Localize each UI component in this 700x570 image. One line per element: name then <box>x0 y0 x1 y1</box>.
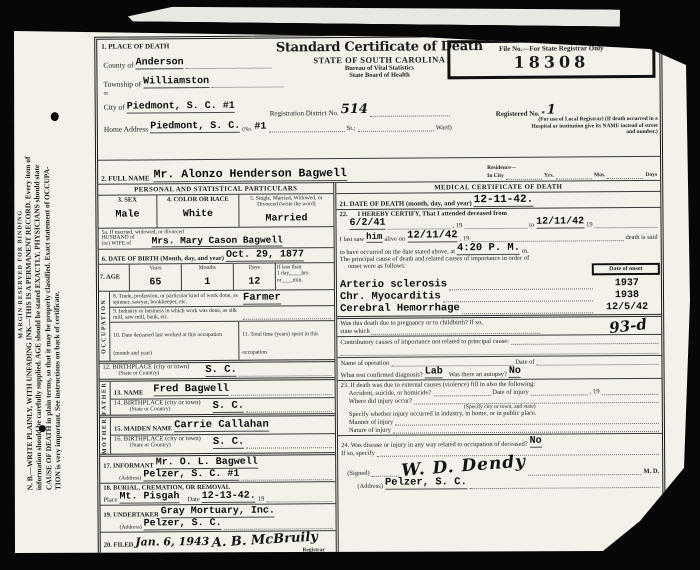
margin-note: MARGIN RESERVED FOR BINDING N. B.—WRITE … <box>16 58 62 490</box>
last-worked-label: 10. Date deceased last worked at this oc… <box>113 332 222 357</box>
m-label: m. <box>522 248 529 255</box>
dotted-line <box>391 358 513 367</box>
father-side-label: FATHER <box>102 382 108 415</box>
occupation-block: OCCUPATION 8. Trade, profession, or part… <box>99 289 334 361</box>
scan-edge-strip <box>128 4 620 26</box>
dotted-line <box>595 220 658 228</box>
father-name-value: Fred Bagwell <box>153 383 229 397</box>
dotted-line <box>266 495 332 503</box>
dotted-line <box>370 108 450 117</box>
medical-column: 21. DATE OF DEATH (month, day, and year)… <box>336 191 663 555</box>
in-city-label: In City <box>487 173 504 180</box>
dotted-line <box>186 61 272 70</box>
informant-row: 17. INFORMANT Mr. O. L. Bagwell (Address… <box>100 453 335 484</box>
contributory-label: Contributory causes of importance not re… <box>340 338 509 346</box>
external-causes-row: 23. If death was due to external causes … <box>338 378 662 435</box>
city-label: City of <box>104 102 125 111</box>
dotted-line <box>471 233 623 242</box>
autopsy-value: No <box>509 366 521 378</box>
year-19-label: 19 <box>586 221 593 228</box>
dotted-line <box>241 473 332 482</box>
date-of-onset-box: Date of onset <box>592 263 660 275</box>
dotted-line <box>239 368 332 377</box>
dotted-line <box>372 326 541 335</box>
dob-row: 6. DATE OF BIRTH (Month, day, and year) … <box>99 247 334 264</box>
contributory-row: Contributory causes of importance not re… <box>337 334 661 357</box>
burial-date-value: 12-13-42. <box>202 491 256 503</box>
nature-label: Nature of injury <box>349 427 391 434</box>
years-label: Years <box>131 265 180 271</box>
dotted-line <box>246 404 332 413</box>
comma-19-label: , 19 <box>452 222 462 229</box>
signed-label: (Signed) <box>347 470 369 477</box>
dotted-line <box>449 281 593 290</box>
cause-2-name: Chr. Myocarditis <box>340 290 441 303</box>
birthplace-row: 12. BIRTHPLACE (city or town) (State or … <box>99 359 334 379</box>
full-name-label: 2. FULL NAME <box>101 174 149 182</box>
margin-note-line: TION is very important. See instructions… <box>50 58 62 490</box>
informant-address-value: Pelzer, S. C. #1 <box>143 469 239 482</box>
burial-row: 18. BURIAL, CREMATION, OR REMOVAL Place … <box>100 482 335 506</box>
informant-value: Mr. O. L. Bagwell <box>156 457 258 470</box>
date-of-death-value: 12-11-42. <box>474 194 534 207</box>
undertaker-value: Gray Mortuary, Inc. <box>161 506 275 519</box>
or-label: or <box>104 92 125 98</box>
marital-value: Married <box>265 213 307 224</box>
birthplace-value: S. C. <box>205 364 237 377</box>
trade-label: 8. Trade, profession, or particular kind… <box>113 293 241 306</box>
registered-no-value: 1 <box>547 103 556 118</box>
cause-1-name: Arterio sclerosis <box>340 278 447 291</box>
local-registrar-note: (For use of Local Registrar) <box>538 116 603 122</box>
years-value: 65 <box>149 277 161 288</box>
personal-column: 3. SEX Male 4. COLOR OR RACE White 5. Si… <box>98 193 339 557</box>
industry-label: 9. Industry or business in which work wa… <box>113 308 241 321</box>
item-22-number: 22. <box>339 211 347 218</box>
dotted-line <box>506 172 542 180</box>
informant-address-label: (Address) <box>119 476 141 482</box>
mother-block: MOTHER 15. MAIDEN NAME Carrie Callahan 1… <box>100 413 335 454</box>
county-value: Anderson <box>136 57 184 69</box>
state-country-label: (State or Country) <box>114 407 201 413</box>
file-number-value: 18308 <box>454 52 648 72</box>
dotted-line <box>243 311 331 320</box>
age-row: 7. AGE Years 65 Months 1 Days 12 <box>99 262 334 291</box>
cause-3-name: Cerebral Hemorrhage <box>340 302 460 315</box>
test-value: Lab <box>425 366 443 378</box>
dotted-line <box>511 336 658 345</box>
registration-district-label: Registration District No. <box>270 109 339 117</box>
st-label: St.; <box>347 125 356 132</box>
mother-side-label: MOTHER <box>102 418 108 454</box>
total-time-label: 11. Total time (years) spent in this occ… <box>242 331 318 356</box>
father-birthplace-value: S. C. <box>213 400 245 413</box>
dotted-line <box>529 467 642 476</box>
father-name-label: 13. NAME <box>114 389 144 396</box>
city-value: Piedmont, S. C. #1 <box>127 100 235 113</box>
dob-value: Oct. 29, 1877 <box>226 249 304 262</box>
occupation-disease-value: No <box>530 436 542 448</box>
filed-date-value: Jan. 6, 1943 <box>135 535 209 549</box>
occupation-side-label: OCCUPATION <box>101 299 107 354</box>
causes-block: Date of onset Arterio sclerosis 1937 Chr… <box>337 269 661 316</box>
dotted-line <box>607 171 643 179</box>
burial-place-label: Place <box>103 497 117 504</box>
undertaker-address-value: Pelzer, S. C. <box>144 518 222 531</box>
to-label: to <box>529 222 534 229</box>
sex-label: 3. SEX <box>99 196 155 203</box>
undertaker-address-label: (Address) <box>120 525 142 531</box>
less-than-label: or____min. <box>277 277 333 284</box>
days-label: Days <box>235 265 274 271</box>
days-label: Days <box>646 172 658 179</box>
him-value: him <box>366 232 382 243</box>
dotted-line <box>536 357 658 366</box>
trade-value: Farmer <box>243 291 281 304</box>
home-address-value: Piedmont, S. C. <box>150 121 240 134</box>
autopsy-label: Was there an autopsy? <box>449 371 507 378</box>
sex-value: Male <box>115 209 139 220</box>
county-label: County of <box>103 61 133 70</box>
township-label: Township of <box>103 79 141 88</box>
cause-2-onset: 1938 <box>595 290 659 301</box>
year-19-label: 19 <box>258 496 265 503</box>
dob-label: 6. DATE OF BIRTH (Month, day, and year) <box>102 255 224 263</box>
maiden-name-label: 15. MAIDEN NAME <box>114 425 172 432</box>
race-label: 4. COLOR OR RACE <box>158 196 237 204</box>
dotted-line <box>464 221 527 229</box>
alive-on-label: alive on <box>384 236 405 243</box>
operation-label: Name of operation <box>340 360 389 367</box>
time-of-death-value: 4:20 P. M. <box>457 242 520 255</box>
cause-1-onset: 1937 <box>595 278 659 289</box>
state-country-label: (State or Country) <box>103 371 190 377</box>
occupation-disease-row: 24. Was disease or injury in any way rel… <box>338 433 662 491</box>
dotted-line <box>231 387 332 396</box>
cause-3-onset: 12/5/42 <box>595 302 659 313</box>
filed-label: 20. FILED <box>104 542 134 549</box>
where-injury-label: Where did injury occur? <box>349 398 412 405</box>
state-which-label: state which <box>340 328 369 335</box>
test-label: What test confirmed diagnosis? <box>341 372 423 380</box>
file-number-box: File No.—For State Registrar Only 18308 <box>447 39 655 79</box>
certificate-page: MARGIN RESERVED FOR BINDING N. B.—WRITE … <box>0 0 700 570</box>
certify-label: I HEREBY CERTIFY, That I attended deceas… <box>358 210 507 218</box>
age-label: 7. AGE <box>100 274 120 281</box>
certificate-content: MARGIN RESERVED FOR BINDING N. B.—WRITE … <box>12 28 692 561</box>
dotted-line <box>246 440 332 449</box>
if-so-specify-label: If so, specify <box>341 450 375 457</box>
ward-label: Ward) <box>436 124 452 131</box>
death-said-label: death is said <box>625 234 657 241</box>
days-value: 12 <box>248 277 260 288</box>
maiden-name-value: Carrie Callahan <box>174 419 269 433</box>
registration-district-value: 514 <box>341 102 368 117</box>
form-header: 1. PLACE OF DEATH County of Anderson Tow… <box>97 36 660 160</box>
dotted-line <box>556 171 592 179</box>
race-value: White <box>183 209 213 220</box>
full-name-value: Mr. Alonzo Henderson Bagwell <box>154 167 347 182</box>
father-block: FATHER 13. NAME Fred Bagwell 14. BIRTHPL… <box>100 377 335 415</box>
no-label: (No. <box>242 127 252 133</box>
attended-to-value: 12/11/42 <box>536 216 584 228</box>
attended-from-value: 6/2/41 <box>349 218 385 230</box>
physician-address-label: (Address) <box>357 483 383 490</box>
dotted-line <box>462 305 593 314</box>
mos-label: Mos. <box>594 173 606 180</box>
months-value: 1 <box>204 277 210 288</box>
burial-place-value: Mt. Pisgah <box>119 492 179 504</box>
dotted-line <box>211 79 283 88</box>
spouse-row: 5a. If married, widowed, or divorced HUS… <box>99 226 334 249</box>
mother-birthplace-value: S. C. <box>213 436 245 449</box>
months-label: Months <box>183 265 232 271</box>
wife-of-label: (or) WIFE of <box>102 242 150 248</box>
home-address-label: Home Address <box>104 124 148 133</box>
spouse-value: Mrs. Mary Cason Bagwell <box>152 234 283 247</box>
home-no-value: #1 <box>254 122 266 133</box>
last-saw-label: I last saw <box>340 236 365 243</box>
place-of-death-label: 1. PLACE OF DEATH <box>101 42 169 50</box>
dotted-line <box>372 469 400 477</box>
burial-date-label: Date <box>188 497 200 504</box>
township-value: Williamston <box>143 76 209 88</box>
manner-label: Manner of injury <box>349 419 393 426</box>
comma-19-label: , 19 <box>460 235 470 242</box>
certificate-form: 1. PLACE OF DEATH County of Anderson Tow… <box>94 33 666 560</box>
pregnancy-row: Was this death due to pregnancy or to ch… <box>337 314 661 336</box>
state-country-label: (State or Country) <box>114 443 201 449</box>
last-saw-date-value: 12/11/42 <box>407 229 458 242</box>
filed-row: 20. FILED Jan. 6, 1943 A. B. McBruily Re… <box>101 531 336 557</box>
date-of-label: Date of <box>515 359 534 366</box>
undertaker-row: 19. UNDERTAKER Gray Mortuary, Inc. (Addr… <box>100 504 335 533</box>
date-of-death-label: 21. DATE OF DEATH (month, day, and year) <box>339 200 471 208</box>
dotted-line <box>443 293 593 302</box>
pregnancy-code-value: 93-d <box>609 315 648 337</box>
dotted-line <box>414 395 659 405</box>
dotted-line <box>268 124 344 133</box>
dotted-line <box>469 480 659 489</box>
certify-block: 22. I HEREBY CERTIFY, That I attended de… <box>336 207 660 271</box>
marital-label: 5. Single, Married, Widowed, or Divorced… <box>240 195 332 208</box>
md-label: M. D. <box>644 468 660 475</box>
operation-row: Name of operation Date of What test conf… <box>337 355 661 380</box>
yrs-label: Yrs. <box>544 173 554 180</box>
dotted-line <box>357 123 433 132</box>
